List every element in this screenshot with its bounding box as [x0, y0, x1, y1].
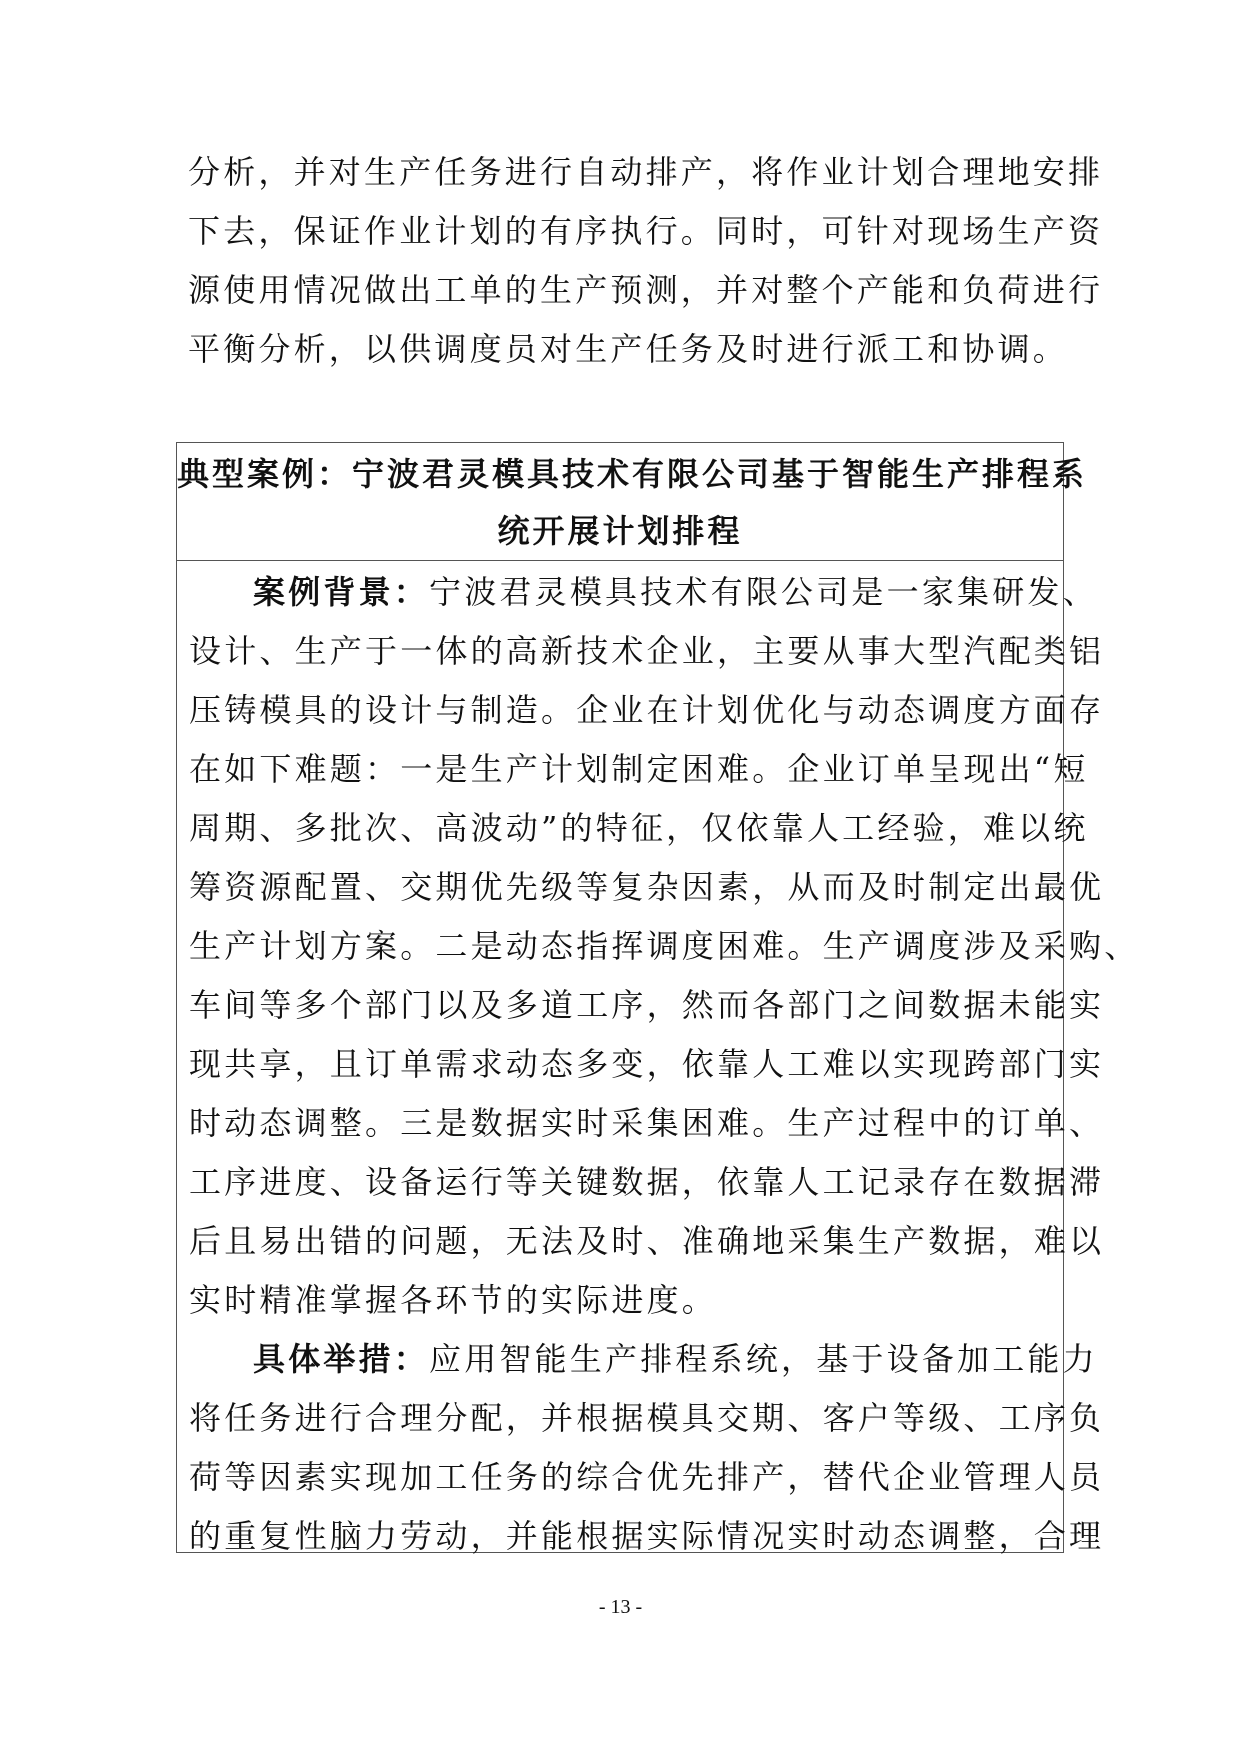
text-line: 分析，并对生产任务进行自动排产，将作业计划合理地安排 — [188, 142, 1103, 202]
background-text: 宁波君灵模具技术有限公司是一家集研发、 — [429, 573, 1098, 611]
measures-text: 应用智能生产排程系统，基于设备加工能力 — [429, 1340, 1098, 1378]
text-line: 车间等多个部门以及多道工序，然而各部门之间数据未能实 — [189, 975, 1104, 1035]
measures-first-line: 具体举措：应用智能生产排程系统，基于设备加工能力 — [253, 1329, 1098, 1389]
text-line: 工序进度、设备运行等关键数据，依靠人工记录存在数据滞 — [189, 1152, 1104, 1212]
page-number: - 13 - — [0, 1596, 1241, 1619]
text-line: 现共享，且订单需求动态多变，依靠人工难以实现跨部门实 — [189, 1034, 1104, 1094]
text-line: 平衡分析，以供调度员对生产任务及时进行派工和协调。 — [188, 319, 1068, 379]
text-line: 的重复性脑力劳动，并能根据实际情况实时动态调整，合理 — [189, 1506, 1104, 1566]
text-line: 后且易出错的问题，无法及时、准确地采集生产数据，难以 — [189, 1211, 1104, 1271]
case-title-line: 统开展计划排程 — [177, 502, 1063, 560]
text-line: 源使用情况做出工单的生产预测，并对整个产能和负荷进行 — [188, 260, 1103, 320]
text-line: 在如下难题：一是生产计划制定困难。企业订单呈现出“短 — [189, 739, 1089, 799]
background-first-line: 案例背景：宁波君灵模具技术有限公司是一家集研发、 — [253, 562, 1098, 622]
text-line: 设计、生产于一体的高新技术企业，主要从事大型汽配类铝 — [189, 621, 1104, 681]
text-line: 生产计划方案。二是动态指挥调度困难。生产调度涉及采购、 — [189, 916, 1139, 976]
text-line: 筹资源配置、交期优先级等复杂因素，从而及时制定出最优 — [189, 857, 1104, 917]
text-line: 将任务进行合理分配，并根据模具交期、客户等级、工序负 — [189, 1388, 1104, 1448]
text-line: 时动态调整。三是数据实时采集困难。生产过程中的订单、 — [189, 1093, 1104, 1153]
case-title-line: 典型案例：宁波君灵模具技术有限公司基于智能生产排程系 — [177, 445, 1063, 503]
text-line: 周期、多批次、高波动”的特征，仅依靠人工经验，难以统 — [189, 798, 1089, 858]
measures-label: 具体举措： — [253, 1340, 429, 1378]
text-line: 实时精准掌握各环节的实际进度。 — [189, 1270, 717, 1330]
text-line: 荷等因素实现加工任务的综合优先排产，替代企业管理人员 — [189, 1447, 1104, 1507]
text-line: 下去，保证作业计划的有序执行。同时，可针对现场生产资 — [188, 201, 1103, 261]
case-title: 典型案例：宁波君灵模具技术有限公司基于智能生产排程系 统开展计划排程 — [177, 443, 1063, 561]
case-box: 典型案例：宁波君灵模具技术有限公司基于智能生产排程系 统开展计划排程 案例背景：… — [176, 442, 1064, 1553]
text-line: 压铸模具的设计与制造。企业在计划优化与动态调度方面存 — [189, 680, 1104, 740]
background-label: 案例背景： — [253, 573, 429, 611]
case-body: 案例背景：宁波君灵模具技术有限公司是一家集研发、 设计、生产于一体的高新技术企业… — [189, 560, 1051, 1552]
